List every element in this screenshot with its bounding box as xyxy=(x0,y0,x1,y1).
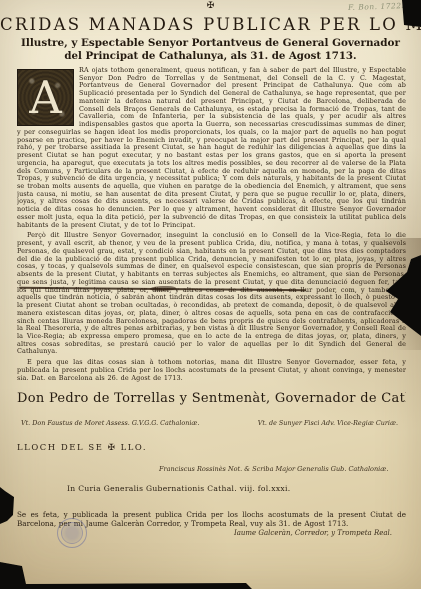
document-body: ARA ojats tothom generalment, queus noti… xyxy=(17,67,406,587)
notary-signature: Franciscus Rossinès Not. & Scriba Major … xyxy=(159,465,406,473)
fiscal-advocate-signature: Vt. de Sunyer Fisci Adv. Vice-Regiæ Curi… xyxy=(258,419,398,427)
governor-signature: Don Pedro de Torrellas y Sentmenàt, Gove… xyxy=(17,391,406,406)
body-paragraph-2: Perçò dit Illustre Senyor Governador, in… xyxy=(17,232,406,356)
registry-note: In Curia Generalis Gubernationis Cathal.… xyxy=(67,484,406,493)
body-paragraph-3: E pera que las ditas cosas sian à tothom… xyxy=(17,359,406,382)
drop-cap-initial: A xyxy=(17,69,74,126)
body-paragraph-1: ARA ojats tothom generalment, queus noti… xyxy=(17,67,406,229)
seal-place-label: LLOCH DEL SE ✠ LLO. xyxy=(17,442,406,452)
document-paper: ✠ CRIDAS MANADAS PUBLICAR PER LO MOLT Il… xyxy=(0,0,421,589)
title-line-2: Illustre, y Espectable Senyor Portantveu… xyxy=(0,37,421,49)
paragraph-1-text: RA ojats tothom generalment, queus notif… xyxy=(17,67,406,229)
library-stamp-inner-ring xyxy=(61,522,83,544)
title-line-1: CRIDAS MANADAS PUBLICAR PER LO MOLT xyxy=(0,15,421,34)
assessor-signature: Vt. Don Faustus de Moret Assess. G.V.G.G… xyxy=(21,419,199,427)
title-line-3: del Principat de Cathalunya, als 31. de … xyxy=(0,50,421,62)
library-stamp-icon xyxy=(57,518,87,548)
vidit-signatures-row: Vt. Don Faustus de Moret Assess. G.V.G.G… xyxy=(17,419,406,427)
